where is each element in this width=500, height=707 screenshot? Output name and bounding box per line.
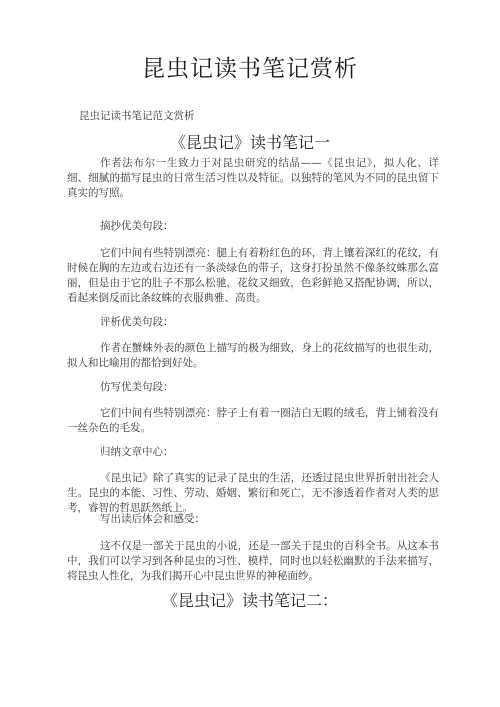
analysis-paragraph: 作者在蟹蛛外表的颜色上描写的极为细致，身上的花纹描写的也很生动，拟人和比喻用的都…	[67, 341, 439, 371]
theme-label: 归纳文章中心：	[67, 445, 439, 460]
excerpt-paragraph: 它们中间有些特别漂亮：腿上有着粉红色的环，背上镶着深红的花纹，有时候在胸的左边或…	[67, 246, 439, 306]
document-title: 昆虫记读书笔记赏析	[0, 50, 500, 83]
section-heading-1: 《昆虫记》读书笔记一	[0, 130, 500, 153]
intro-paragraph: 作者法布尔一生致力于对昆虫研究的结晶——《昆虫记》，拟人化、详细、细腻的描写昆虫…	[67, 156, 439, 201]
imitation-paragraph: 它们中间有些特别漂亮：脖子上有着一圈洁白无暇的绒毛，背上铺着没有一丝杂色的毛发。	[67, 406, 439, 436]
theme-paragraph: 《昆虫记》除了真实的记录了昆虫的生活，还透过昆虫世界折射出社会人生。昆虫的本能、…	[67, 471, 439, 516]
reflection-paragraph: 这不仅是一部关于昆虫的小说，还是一部关于昆虫的百科全书。从这本书中，我们可以学习…	[67, 539, 439, 584]
section-heading-2: 《昆虫记》读书笔记二：	[0, 588, 500, 611]
analysis-label: 评析优美句段：	[67, 315, 439, 330]
reflection-label: 写出读后体会和感受：	[67, 512, 439, 527]
excerpt-label: 摘抄优美句段：	[67, 219, 439, 234]
imitation-label: 仿写优美句段：	[67, 380, 439, 395]
document-subtitle: 昆虫记读书笔记范文赏析	[79, 108, 195, 123]
